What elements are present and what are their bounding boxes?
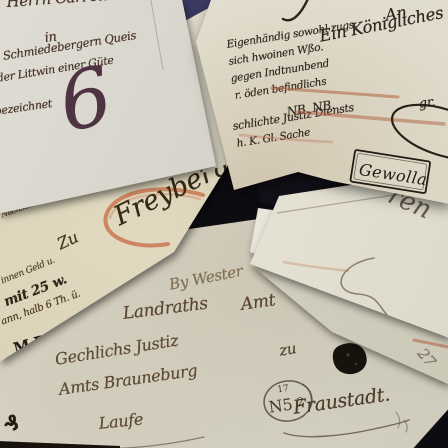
background-gap-wedge	[0, 0, 448, 448]
band-pencil-mark: 27	[414, 346, 438, 370]
dense-line-5: NB. NB.	[286, 98, 335, 118]
fraction-bottom: 2	[272, 233, 281, 246]
oval-flourish	[385, 94, 448, 170]
pfennig-mark: ₰	[2, 412, 20, 436]
place-name: Freyberg.	[110, 148, 241, 231]
flourish-decor	[0, 0, 448, 448]
rust-smear-2	[298, 112, 444, 124]
letter-fraustadt: By Wester Landraths Amt zu Fraustadt. Ge…	[0, 0, 448, 448]
koenigliches-decor: Gewolla	[0, 0, 448, 448]
address-zu: zu	[278, 341, 297, 359]
dense-line-6: schlichte Justiz Diensts	[232, 102, 355, 133]
address-place: Fraustadt.	[292, 385, 391, 418]
address-landraths: Landraths	[122, 296, 209, 324]
svg-text:N5: N5	[267, 394, 294, 416]
geld-note: innen Geld u.	[0, 257, 57, 287]
red-wax-dot	[172, 46, 178, 52]
numeral-postmark: 17 N5 2	[261, 378, 314, 424]
dense-line-3: gegen Indtnunbend	[230, 58, 330, 84]
wax-seal	[333, 343, 367, 374]
crayon-circle	[106, 189, 203, 245]
flourish-paper: ren	[0, 0, 448, 448]
gewolla-stamp: Gewolla	[350, 150, 430, 193]
heading-an: An	[384, 4, 408, 24]
halb-note: ann, halb 6 Th. ü.	[0, 289, 82, 327]
corner-pencil-squiggle	[396, 412, 407, 432]
side-note-gr: gr.	[418, 96, 436, 112]
rust-smear-3	[240, 135, 332, 142]
crayon-circle-pass2	[110, 194, 200, 218]
six-address-5: bezeichnet	[0, 98, 53, 117]
mit-25-note: mit 25 w.	[2, 272, 69, 309]
zu-note: Zu	[55, 229, 81, 253]
small-sheet: 1 2	[0, 0, 448, 448]
heading-koenigliches: Ein Königliches	[318, 4, 445, 45]
six-address-2: in	[44, 31, 58, 46]
svg-text:Gewolla: Gewolla	[358, 160, 429, 190]
dense-line-4: r. öden befindlichs	[234, 77, 327, 102]
address-faint: By Wester	[168, 264, 244, 294]
vertical-crease	[150, 0, 163, 70]
dense-line-2: sich hwoinen Wßo.	[228, 42, 324, 68]
letter-freyberg: Freyberg. Nachschau Zu innen Geld u. mit…	[0, 0, 448, 448]
dense-line-7: h. K. Gl. Sache	[236, 127, 311, 149]
background-gap-notch	[0, 0, 448, 448]
note-line-3: Laufe	[98, 411, 144, 432]
top-flourish-stroke	[283, 0, 310, 20]
paper-sliver	[0, 0, 448, 448]
six-address-3: Schmiedebergern Queis	[2, 29, 137, 62]
letters-photo: By Wester Landraths Amt zu Fraustadt. Ge…	[0, 0, 448, 448]
fraustadt-underline-swash	[284, 420, 409, 437]
freyberg-decor	[0, 0, 448, 448]
fraction-line	[0, 0, 448, 448]
six-letter-decor	[0, 0, 448, 448]
svg-text:17: 17	[277, 384, 290, 396]
note-line-2: Amts Brauneburg	[58, 363, 198, 399]
big-number-six: 6	[52, 53, 119, 146]
letter-koenigliches: An Ein Königliches Eigenhändig sowohl zu…	[0, 0, 448, 448]
tiny-note: Nachschau	[0, 198, 43, 220]
letter-six: Herrn Carl Rü in Schmiedebergern Queis d…	[0, 0, 448, 448]
corner-shadow-strip	[0, 0, 448, 448]
band-paper: 27	[0, 0, 448, 448]
fraustadt-decor: 17 N5 2	[0, 0, 448, 448]
rust-smear-1	[272, 88, 398, 97]
sliver-decor	[0, 0, 448, 448]
faint-red-streak	[284, 262, 348, 271]
address-amt: Amt	[240, 292, 276, 314]
six-address-4: der Littwin einer Güte	[0, 55, 114, 85]
note-line-1: Gechlichs Justiz	[54, 333, 180, 369]
large-script-fragment: ren	[384, 182, 435, 225]
dense-line-1: Eigenhändig sowohl zugs.	[226, 19, 358, 50]
band-decor	[0, 0, 448, 448]
six-address-1: Herrn Carl Rü	[6, 0, 112, 11]
svg-text:2: 2	[296, 395, 305, 409]
initials-mdb: M.D.B.	[12, 328, 70, 358]
red-crayon-streak	[414, 340, 448, 347]
fraction-top: 1	[271, 215, 280, 228]
initials-suffix: Sgn6.	[70, 324, 96, 340]
pencil-flourish	[341, 258, 447, 341]
